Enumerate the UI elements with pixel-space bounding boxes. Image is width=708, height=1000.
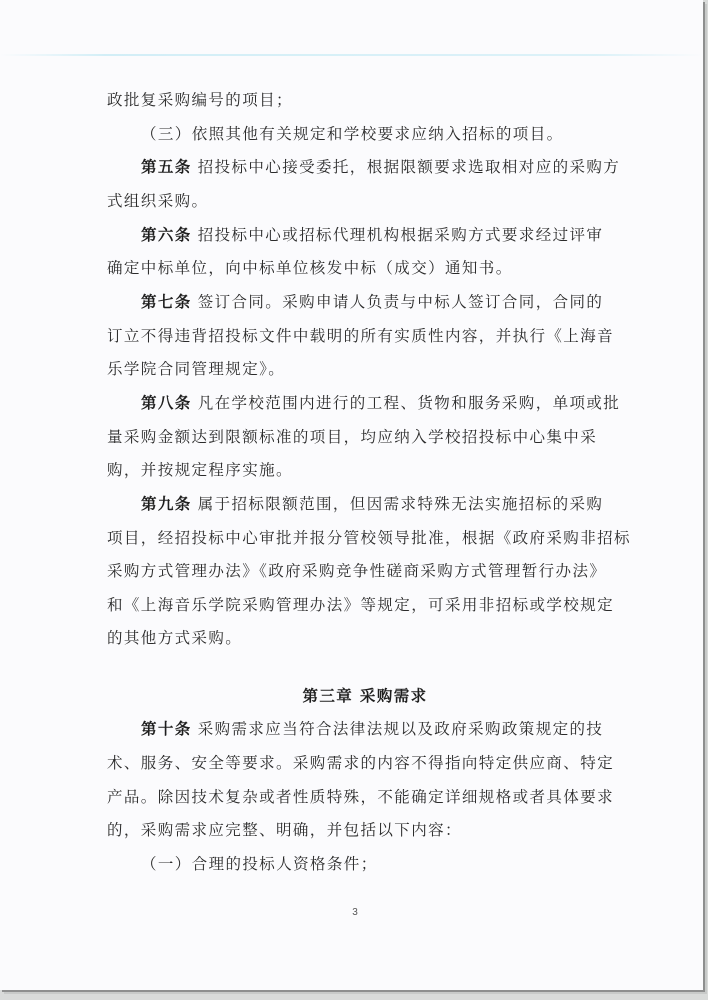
continuation-line: 政批复采购编号的项目； bbox=[107, 88, 587, 112]
article-6-line-2: 确定中标单位，向中标单位核发中标（成交）通知书。 bbox=[107, 256, 587, 280]
article-10-line-1: 第十条采购需求应当符合法律法规以及政府采购政策规定的技 bbox=[107, 717, 587, 741]
article-6-label: 第六条 bbox=[141, 225, 192, 244]
article-9-line-1: 第九条属于招标限额范围，但因需求特殊无法实施招标的采购 bbox=[107, 492, 587, 516]
article-9-line-5: 的其他方式采购。 bbox=[107, 626, 587, 650]
article-9-line-3: 采购方式管理办法》《政府采购竞争性磋商采购方式管理暂行办法》 bbox=[107, 559, 587, 583]
article-9-line-4: 和《上海音乐学院采购管理办法》等规定，可采用非招标或学校规定 bbox=[107, 593, 587, 617]
article-5-text: 招投标中心接受委托，根据限额要求选取相对应的采购方 bbox=[198, 158, 621, 176]
article-7-label: 第七条 bbox=[141, 292, 192, 311]
article-7-text: 签订合同。采购申请人负责与中标人签订合同，合同的 bbox=[198, 293, 604, 311]
document-page: 政批复采购编号的项目； （三）依照其他有关规定和学校要求应纳入招标的项目。 第五… bbox=[0, 0, 703, 990]
list-item-three: （三）依照其他有关规定和学校要求应纳入招标的项目。 bbox=[107, 122, 587, 146]
article-6-text: 招投标中心或招标代理机构根据采购方式要求经过评审 bbox=[198, 226, 604, 244]
chapter-heading: 第三章 采购需求 bbox=[290, 684, 440, 708]
page-number: 3 bbox=[345, 907, 365, 918]
article-10-line-2: 术、服务、安全等要求。采购需求的内容不得指向特定供应商、特定 bbox=[107, 751, 587, 775]
article-9-text: 属于招标限额范围，但因需求特殊无法实施招标的采购 bbox=[198, 495, 604, 513]
article-6-line-1: 第六条招投标中心或招标代理机构根据采购方式要求经过评审 bbox=[107, 223, 587, 247]
article-10-text: 采购需求应当符合法律法规以及政府采购政策规定的技 bbox=[198, 720, 604, 738]
article-9-line-2: 项目，经招投标中心审批并报分管校领导批准，根据《政府采购非招标 bbox=[107, 526, 587, 550]
article-8-text: 凡在学校范围内进行的工程、货物和服务采购，单项或批 bbox=[198, 394, 621, 412]
article-5-line-1: 第五条招投标中心接受委托，根据限额要求选取相对应的采购方 bbox=[107, 155, 587, 179]
article-7-line-3: 乐学院合同管理规定》。 bbox=[107, 357, 587, 381]
article-9-label: 第九条 bbox=[141, 494, 192, 513]
scan-artifact-line bbox=[0, 54, 703, 56]
article-10-label: 第十条 bbox=[141, 719, 192, 738]
article-5-label: 第五条 bbox=[141, 157, 192, 176]
article-8-label: 第八条 bbox=[141, 393, 192, 412]
article-5-line-2: 式组织采购。 bbox=[107, 189, 587, 213]
article-7-line-2: 订立不得违背招投标文件中载明的所有实质性内容，并执行《上海音 bbox=[107, 324, 587, 348]
list-item-one: （一）合理的投标人资格条件； bbox=[107, 852, 587, 876]
article-8-line-3: 购，并按规定程序实施。 bbox=[107, 458, 587, 482]
article-7-line-1: 第七条签订合同。采购申请人负责与中标人签订合同，合同的 bbox=[107, 290, 587, 314]
article-8-line-2: 量采购金额达到限额标准的项目，均应纳入学校招投标中心集中采 bbox=[107, 425, 587, 449]
article-8-line-1: 第八条凡在学校范围内进行的工程、货物和服务采购，单项或批 bbox=[107, 391, 587, 415]
article-10-line-4: 的，采购需求应完整、明确，并包括以下内容： bbox=[107, 818, 587, 842]
article-10-line-3: 产品。除因技术复杂或者性质特殊，不能确定详细规格或者具体要求 bbox=[107, 785, 587, 809]
